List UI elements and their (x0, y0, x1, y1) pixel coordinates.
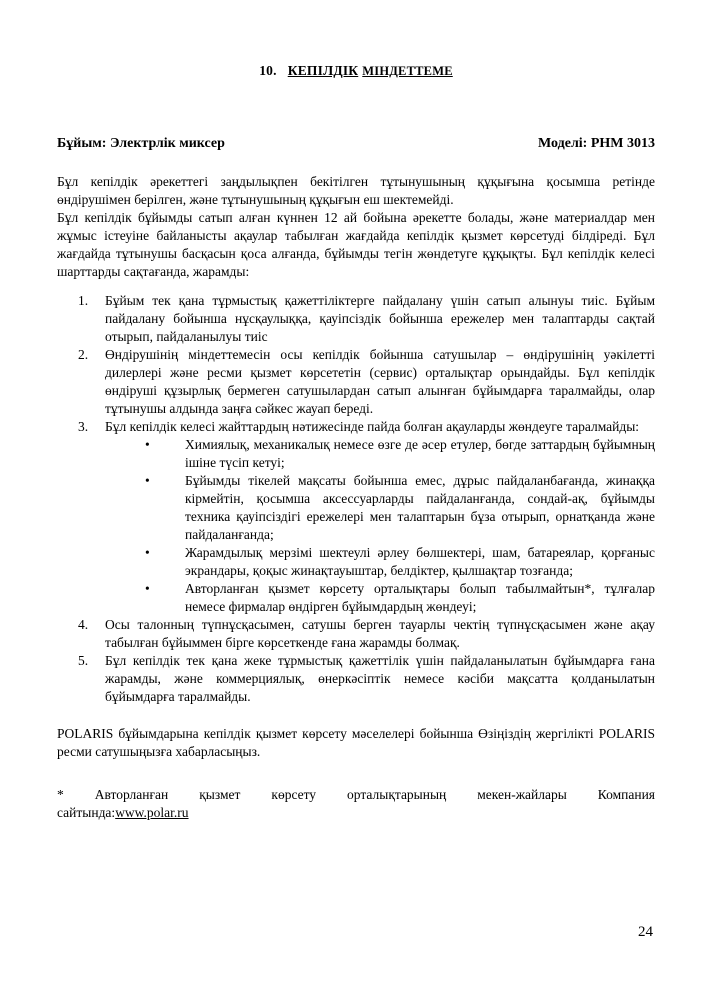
title-word-1: КЕПІЛДІК (288, 63, 359, 78)
document-page: 10.КЕПІЛДІКМІНДЕТТЕМЕ Бұйым: Электрлік м… (0, 0, 705, 1000)
list-item-1: 1. Бұйым тек қана тұрмыстық қажеттілікте… (57, 292, 655, 346)
list-item-4: 4. Осы талонның түпнұсқасымен, сатушы бе… (57, 616, 655, 652)
product-model-line: Бұйым: Электрлік миксер Моделі: PHM 3013 (57, 136, 655, 152)
list-item-4-text: Осы талонның түпнұсқасымен, сатушы берге… (105, 616, 655, 652)
footnote-marker: * (57, 787, 64, 802)
bullet-icon (145, 436, 185, 472)
list-item-3-bullet-4: Авторланған қызмет көрсету орталықтары б… (145, 580, 655, 616)
list-item-2-number: 2. (78, 346, 105, 418)
bullet-icon (145, 472, 185, 544)
bullet-3-text: Жарамдылық мерзімі шектеулі әрлеу бөлшек… (185, 544, 655, 580)
list-item-3-bullet-1: Химиялық, механикалық немесе өзге де әсе… (145, 436, 655, 472)
warranty-conditions-list: 1. Бұйым тек қана тұрмыстық қажеттілікте… (57, 292, 655, 706)
footnote-line-1: * Авторланған қызмет көрсету орталықтары… (57, 786, 655, 804)
list-item-5-number: 5. (78, 652, 105, 706)
list-item-3-number: 3. (78, 418, 105, 616)
footnote-line-2: сайтында:www.polar.ru (57, 804, 655, 822)
bullet-1-text: Химиялық, механикалық немесе өзге де әсе… (185, 436, 655, 472)
list-item-1-number: 1. (78, 292, 105, 346)
page-title: 10.КЕПІЛДІКМІНДЕТТЕМЕ (57, 62, 655, 80)
intro-section: Бұл кепілдік әрекеттегі заңдылықпен бекі… (57, 173, 655, 281)
title-text: КЕПІЛДІКМІНДЕТТЕМЕ (288, 63, 453, 78)
list-item-1-text: Бұйым тек қана тұрмыстық қажеттіліктерге… (105, 292, 655, 346)
bullet-2-text: Бұйымды тікелей мақсаты бойынша емес, дұ… (185, 472, 655, 544)
title-number: 10. (259, 63, 276, 78)
list-item-3-bullet-3: Жарамдылық мерзімі шектеулі әрлеу бөлшек… (145, 544, 655, 580)
title-word-2: МІНДЕТТЕМЕ (362, 64, 452, 78)
list-item-3: 3. Бұл кепілдік келесі жайттардың нәтиже… (57, 418, 655, 616)
polar-ru-link[interactable]: www.polar.ru (115, 805, 188, 820)
footnote-site-prefix: сайтында: (57, 805, 115, 820)
list-item-3-bullet-2: Бұйымды тікелей мақсаты бойынша емес, дұ… (145, 472, 655, 544)
product-label: Бұйым: Электрлік миксер (57, 136, 225, 152)
list-item-3-text: Бұл кепілдік келесі жайттардың нәтижесін… (105, 418, 655, 436)
intro-paragraph-1: Бұл кепілдік әрекеттегі заңдылықпен бекі… (57, 173, 655, 209)
footnote: * Авторланған қызмет көрсету орталықтары… (57, 786, 655, 822)
footnote-text: Авторланған қызмет көрсету орталықтарыны… (95, 787, 655, 802)
list-item-5-text: Бұл кепілдік тек қана жеке тұрмыстық қаж… (105, 652, 655, 706)
closing-paragraph: POLARIS бұйымдарына кепілдік қызмет көрс… (57, 725, 655, 761)
bullet-icon (145, 544, 185, 580)
list-item-2: 2. Өндірушінің міндеттемесін осы кепілді… (57, 346, 655, 418)
list-item-2-text: Өндірушінің міндеттемесін осы кепілдік б… (105, 346, 655, 418)
bullet-icon (145, 580, 185, 616)
list-item-5: 5. Бұл кепілдік тек қана жеке тұрмыстық … (57, 652, 655, 706)
model-label: Моделі: PHM 3013 (538, 136, 655, 152)
intro-paragraph-2: Бұл кепілдік бұйымды сатып алған күннен … (57, 209, 655, 281)
list-item-4-number: 4. (78, 616, 105, 652)
page-number: 24 (638, 924, 653, 941)
bullet-4-text: Авторланған қызмет көрсету орталықтары б… (185, 580, 655, 616)
